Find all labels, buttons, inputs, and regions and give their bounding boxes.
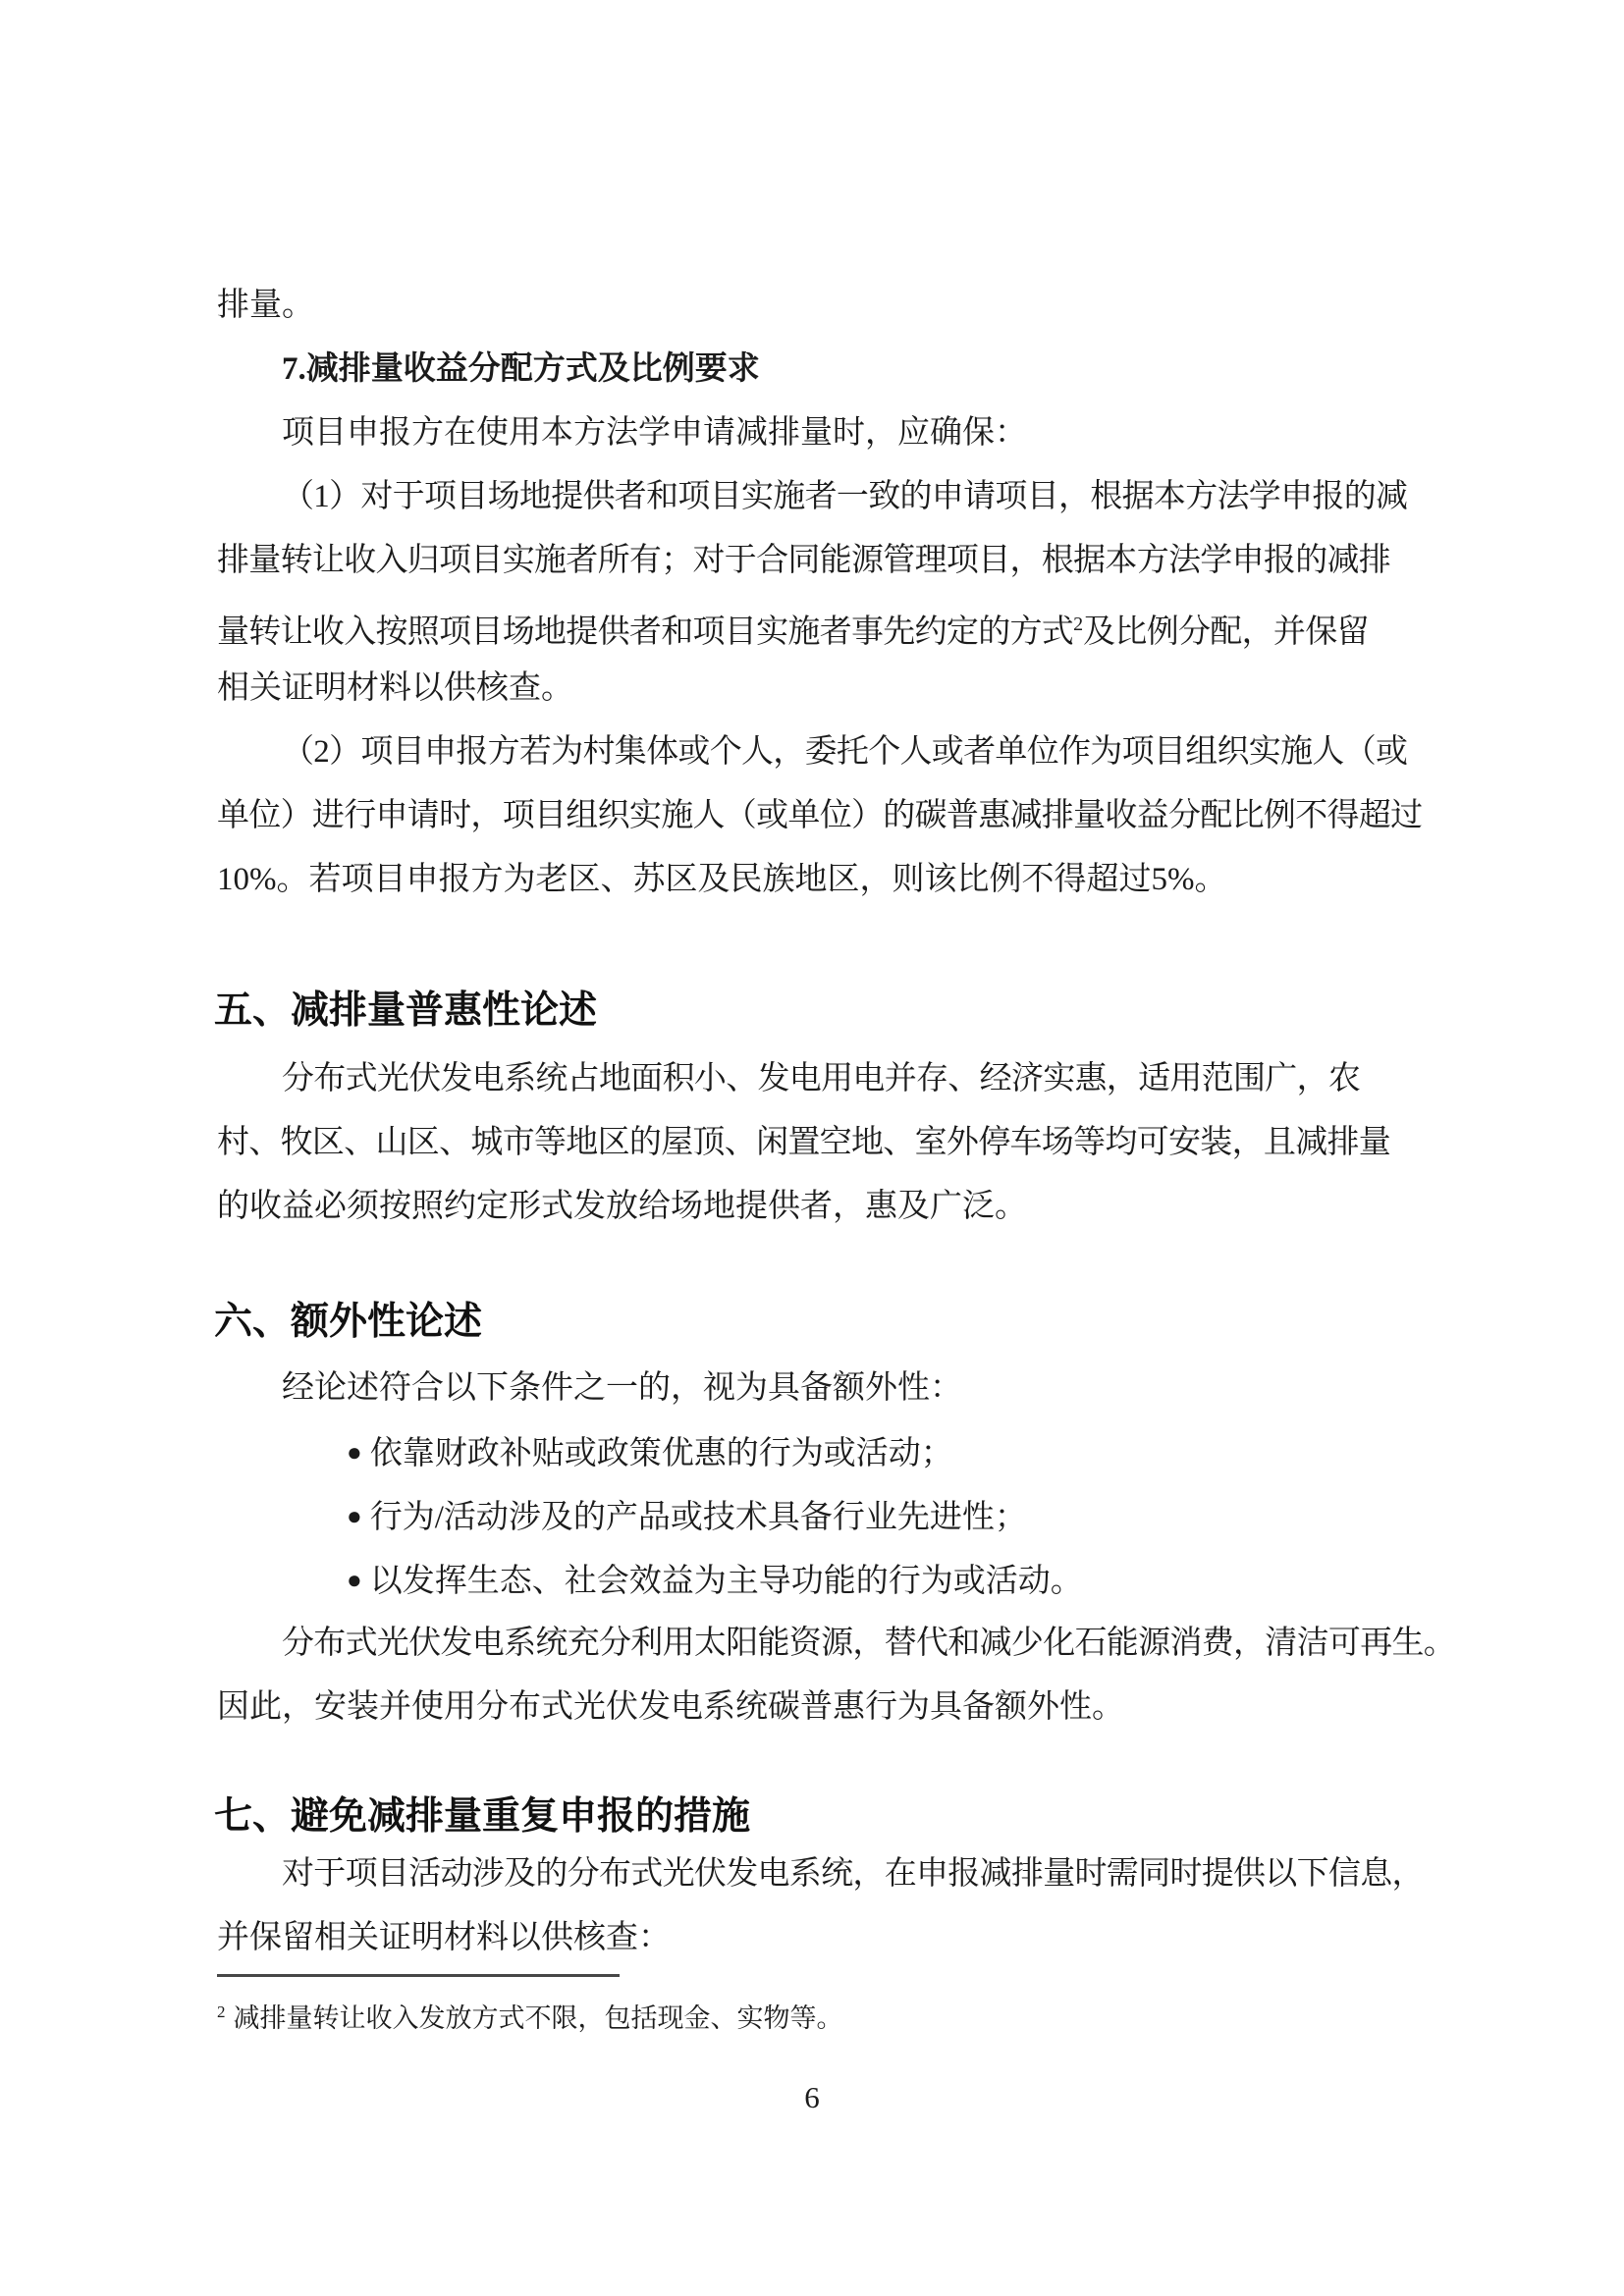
- bullet-icon: ●: [282, 1484, 362, 1548]
- sec7-line-1: 对于项目活动涉及的分布式光伏发电系统，在申报减排量时需同时提供以下信息，: [217, 1842, 1427, 1906]
- sec6-lead-line: 经论述符合以下条件之一的，视为具备额外性：: [217, 1357, 1427, 1420]
- carryover-line: 排量。: [217, 274, 1427, 338]
- bullet-2-text: 行为/活动涉及的产品或技术具备行业先进性；: [370, 1500, 1027, 1535]
- item1-line-3-text: 量转让收入按照项目场地提供者和项目实施者事先约定的方式: [217, 614, 1073, 650]
- bullet-line-3: ●以发挥生态、社会效益为主导功能的行为或活动。: [217, 1548, 1427, 1612]
- section-6-paragraph: 经论述符合以下条件之一的，视为具备额外性： ●依靠财政补贴或政策优惠的行为或活动…: [217, 1357, 1427, 1739]
- section-5-heading: 五、减排量普惠性论述: [214, 979, 597, 1042]
- bullet-1-text: 依靠财政补贴或政策优惠的行为或活动；: [370, 1436, 953, 1471]
- bullet-line-1: ●依靠财政补贴或政策优惠的行为或活动；: [217, 1420, 1427, 1484]
- section-5-paragraph: 分布式光伏发电系统占地面积小、发电用电并存、经济实惠，适用范围广，农 村、牧区、…: [217, 1047, 1427, 1239]
- section-6-heading: 六、额外性论述: [214, 1290, 482, 1354]
- footnote-number-superscript: 2: [217, 2002, 226, 2021]
- item1-line-3: 量转让收入按照项目场地提供者和项目实施者事先约定的方式2及比例分配，并保留: [217, 593, 1427, 657]
- item2-line-3: 10%。若项目申报方为老区、苏区及民族地区，则该比例不得超过5%。: [217, 848, 1427, 912]
- sec7-line-2: 并保留相关证明材料以供核查：: [217, 1906, 1427, 1970]
- sec6-closing-line-2: 因此，安装并使用分布式光伏发电系统碳普惠行为具备额外性。: [217, 1676, 1427, 1739]
- footnote-text: 减排量转让收入发放方式不限，包括现金、实物等。: [234, 2003, 843, 2033]
- item2-line-1: （2）项目申报方若为村集体或个人，委托个人或者单位作为项目组织实施人（或: [217, 721, 1427, 784]
- item1-line-3-tail: 及比例分配，并保留: [1083, 614, 1369, 650]
- bullet-3-text: 以发挥生态、社会效益为主导功能的行为或活动。: [370, 1564, 1083, 1599]
- bullet-icon: ●: [282, 1420, 362, 1484]
- item1-line-2: 排量转让收入归项目实施者所有；对于合同能源管理项目，根据本方法学申报的减排: [217, 529, 1427, 593]
- sec5-line-1: 分布式光伏发电系统占地面积小、发电用电并存、经济实惠，适用范围广，农: [217, 1047, 1427, 1111]
- item1-line-1: （1）对于项目场地提供者和项目实施者一致的申请项目，根据本方法学申报的减: [217, 465, 1427, 529]
- footnote-separator-rule: [217, 1974, 620, 1977]
- document-page: 排量。 7.减排量收益分配方式及比例要求 项目申报方在使用本方法学申请减排量时，…: [0, 0, 1624, 2296]
- section-7-heading: 七、避免减排量重复申报的措施: [214, 1785, 750, 1848]
- page-number: 6: [0, 2065, 1624, 2129]
- item2-line-2: 单位）进行申请时，项目组织实施人（或单位）的碳普惠减排量收益分配比例不得超过: [217, 784, 1427, 848]
- bullet-icon: ●: [282, 1548, 362, 1612]
- section-7-paragraph: 对于项目活动涉及的分布式光伏发电系统，在申报减排量时需同时提供以下信息， 并保留…: [217, 1842, 1427, 1970]
- item1-line-4: 相关证明材料以供核查。: [217, 657, 1427, 721]
- footnote: 2减排量转让收入发放方式不限，包括现金、实物等。: [217, 1987, 843, 2044]
- footnote-reference-superscript: 2: [1073, 614, 1083, 635]
- bullet-line-2: ●行为/活动涉及的产品或技术具备行业先进性；: [217, 1484, 1427, 1548]
- sub7-lead-line: 项目申报方在使用本方法学申请减排量时，应确保：: [217, 401, 1427, 465]
- sec5-line-3: 的收益必须按照约定形式发放给场地提供者，惠及广泛。: [217, 1175, 1427, 1239]
- sec6-closing-line-1: 分布式光伏发电系统充分利用太阳能资源，替代和减少化石能源消费，清洁可再生。: [217, 1612, 1427, 1676]
- subheading-7: 7.减排量收益分配方式及比例要求: [217, 338, 1427, 401]
- benefit-allocation-block: 排量。 7.减排量收益分配方式及比例要求 项目申报方在使用本方法学申请减排量时，…: [217, 274, 1427, 912]
- sec5-line-2: 村、牧区、山区、城市等地区的屋顶、闲置空地、室外停车场等均可安装，且减排量: [217, 1111, 1427, 1175]
